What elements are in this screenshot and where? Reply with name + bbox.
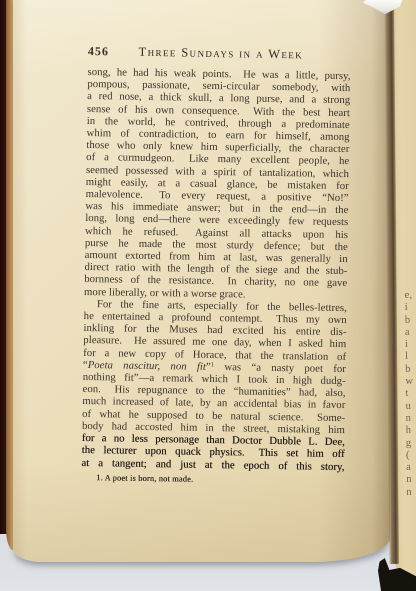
page-content: 456 Three Sundays in a Week song, he had… — [81, 44, 351, 486]
text-fragment: n — [406, 413, 414, 425]
body-text: song, he had his weak points. He was a l… — [81, 66, 350, 473]
paragraph: For the fine arts, especially for the be… — [81, 298, 347, 473]
page-header: 456 Three Sundays in a Week — [88, 44, 351, 63]
footnote: 1. A poet is born, not made. — [96, 473, 344, 486]
text-fragment: n — [406, 474, 414, 486]
facing-page-text-fragments: e,ibailbwtunhg(ann — [405, 290, 415, 499]
text-fragment: t — [405, 388, 413, 400]
text-fragment: w — [405, 376, 413, 388]
book-photo-scene: e,ibailbwtunhg(ann 456 Three Sundays in … — [0, 0, 416, 591]
text-fragment: i — [405, 302, 413, 314]
text-fragment: g — [406, 437, 414, 449]
page-number: 456 — [88, 44, 109, 59]
page-title: Three Sundays in a Week — [138, 45, 321, 63]
text-fragment: b — [405, 364, 413, 376]
text-fragment: l — [405, 351, 413, 363]
paragraph: song, he had his weak points. He was a l… — [84, 66, 351, 302]
text-fragment: n — [406, 487, 414, 499]
text-fragment: ( — [406, 450, 414, 462]
text-fragment: e, — [405, 290, 413, 302]
text-fragment: h — [406, 425, 414, 437]
text-fragment: i — [405, 339, 413, 351]
text-fragment: b — [405, 314, 413, 326]
text-fragment: u — [405, 400, 413, 412]
text-fragment: a — [405, 327, 413, 339]
left-page: 456 Three Sundays in a Week song, he had… — [13, 0, 390, 562]
text-fragment: a — [406, 462, 414, 474]
